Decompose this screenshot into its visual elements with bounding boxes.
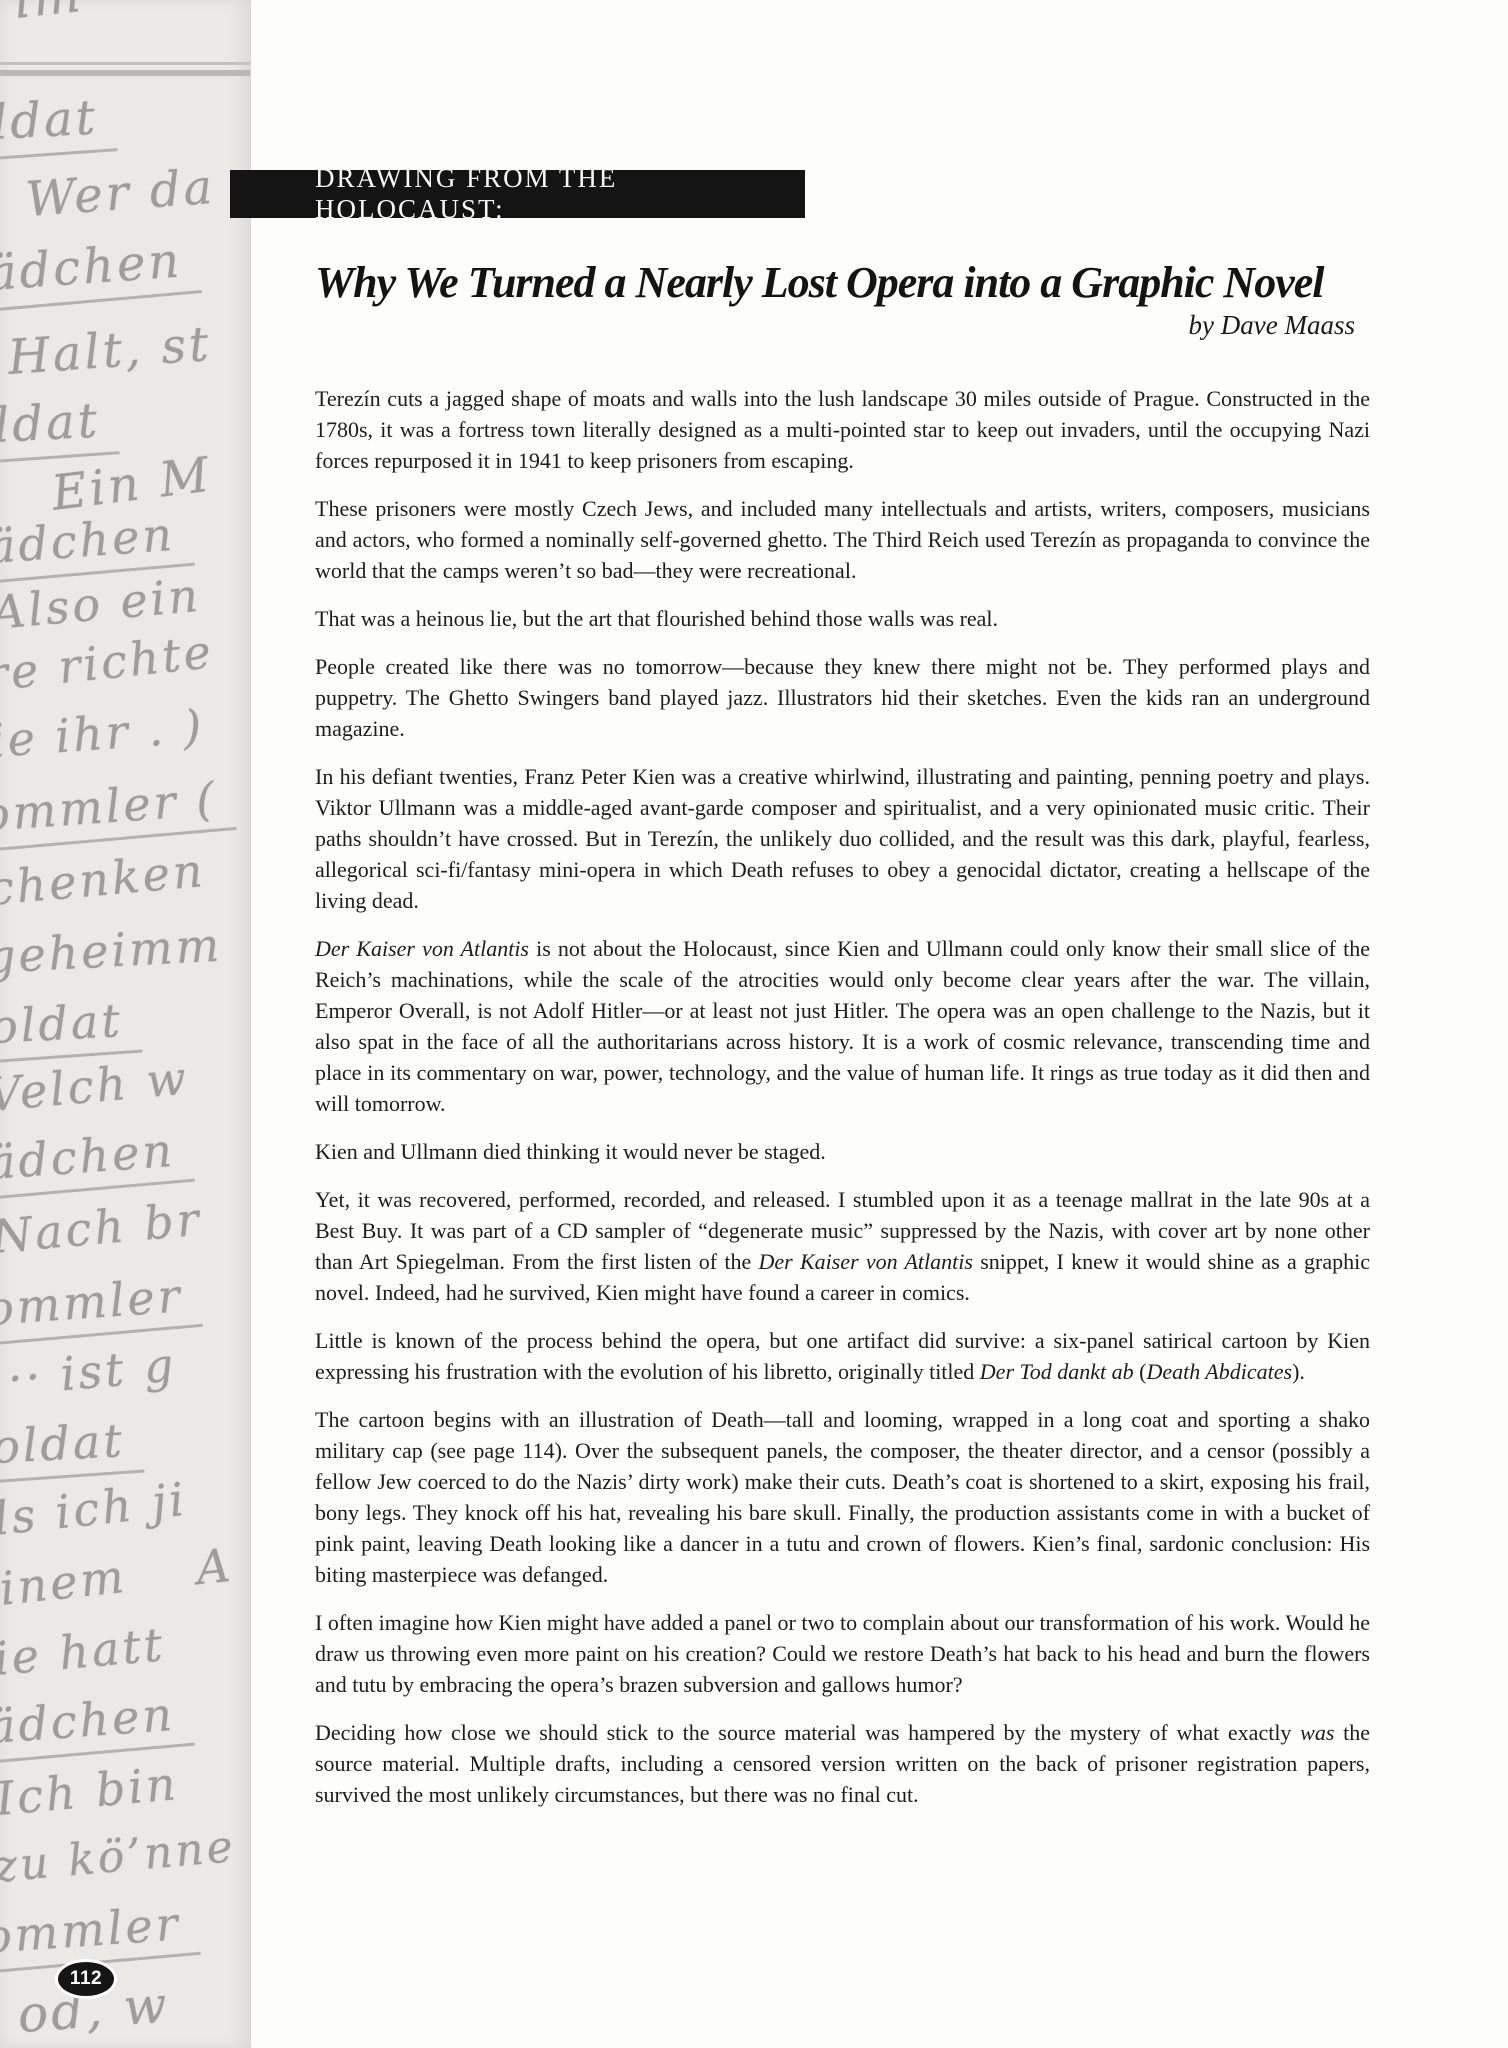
handwriting-line: Halt, st: [6, 316, 213, 386]
text-run: In his defiant twenties, Franz Peter Kie…: [315, 764, 1370, 913]
text-run: The cartoon begins with an illustration …: [315, 1407, 1370, 1587]
italic-run: Der Kaiser von Atlantis: [315, 936, 529, 961]
paragraph: I often imagine how Kien might have adde…: [315, 1607, 1370, 1700]
handwriting-line: ls ich ji: [0, 1472, 189, 1546]
manuscript-strip: im CldatWer daädchenHalt, stldatEin Mädc…: [0, 0, 251, 2048]
paragraph: These prisoners were mostly Czech Jews, …: [315, 493, 1370, 586]
paragraph: Terezín cuts a jagged shape of moats and…: [315, 383, 1370, 476]
article-byline: by Dave Maass: [315, 310, 1355, 341]
text-run: These prisoners were mostly Czech Jews, …: [315, 496, 1370, 583]
paragraph: That was a heinous lie, but the art that…: [315, 603, 1370, 634]
page-number-badge: 112: [55, 1959, 117, 1999]
handwriting-line: Ich bin: [0, 1756, 181, 1826]
text-run: Kien and Ullmann died thinking it would …: [315, 1139, 826, 1164]
paragraph: Kien and Ullmann died thinking it would …: [315, 1136, 1370, 1167]
handwriting-line: Wer da: [24, 159, 217, 228]
handwriting-line: ädchen: [0, 1687, 177, 1754]
handwriting-line: oldat: [0, 993, 124, 1054]
magazine-page: im CldatWer daädchenHalt, stldatEin Mädc…: [0, 0, 1508, 2048]
text-run: ).: [1292, 1359, 1305, 1384]
text-run: That was a heinous lie, but the art that…: [315, 606, 998, 631]
handwriting-line: ie ihr . ): [0, 699, 206, 768]
text-run: is not about the Holocaust, since Kien a…: [315, 936, 1370, 1116]
handwriting-line: ldat: [0, 392, 101, 453]
italic-run: Der Tod dankt ab: [980, 1359, 1134, 1384]
handwriting-line: ·· ist g: [6, 1337, 179, 1406]
handwriting-line: ommler (: [0, 772, 219, 842]
italic-run: was: [1300, 1720, 1334, 1745]
paragraph: In his defiant twenties, Franz Peter Kie…: [315, 761, 1370, 916]
handwriting-line: ädchen: [0, 1123, 177, 1190]
paragraph: Deciding how close we should stick to th…: [315, 1717, 1370, 1810]
manuscript-rule: [0, 62, 250, 76]
handwriting-line: ldat: [0, 89, 99, 150]
paragraph: Der Kaiser von Atlantis is not about the…: [315, 933, 1370, 1119]
handwriting-line: ädchen: [0, 233, 184, 302]
handwriting-line: ädchen: [0, 507, 177, 574]
paragraph: Little is known of the process behind th…: [315, 1325, 1370, 1387]
handwriting-line: ommler: [0, 1268, 184, 1336]
italic-run: Der Kaiser von Atlantis: [758, 1249, 972, 1274]
handwriting-line: inem A: [0, 1538, 235, 1616]
handwriting-line: Velch w: [0, 1051, 191, 1122]
paragraph: People created like there was no tomorro…: [315, 651, 1370, 744]
kicker-banner: DRAWING FROM THE HOLOCAUST:: [230, 170, 805, 218]
paragraph: The cartoon begins with an illustration …: [315, 1404, 1370, 1590]
paragraph: Yet, it was recovered, performed, record…: [315, 1184, 1370, 1308]
handwriting-line: oldat: [0, 1413, 126, 1474]
page-number: 112: [70, 1968, 102, 1990]
kicker-label: DRAWING FROM THE HOLOCAUST:: [315, 163, 805, 225]
text-run: Deciding how close we should stick to th…: [315, 1720, 1300, 1745]
handwriting-line: ommler: [0, 1896, 182, 1964]
handwriting-line: Nach br: [0, 1192, 204, 1264]
article-title: Why We Turned a Nearly Lost Opera into a…: [315, 257, 1385, 308]
handwriting-line: im C: [11, 0, 251, 30]
text-run: (: [1134, 1359, 1147, 1384]
handwriting-line: geheimm: [0, 918, 224, 984]
handwriting-line: zu kö’nne: [0, 1821, 238, 1893]
text-run: I often imagine how Kien might have adde…: [315, 1610, 1370, 1697]
handwriting-line: chenken: [0, 843, 207, 916]
handwriting-line: ie hatt: [0, 1617, 167, 1686]
article-body: Terezín cuts a jagged shape of moats and…: [315, 383, 1370, 1827]
italic-run: Death Abdicates: [1146, 1359, 1292, 1384]
text-run: People created like there was no tomorro…: [315, 654, 1370, 741]
text-run: Terezín cuts a jagged shape of moats and…: [315, 386, 1370, 473]
